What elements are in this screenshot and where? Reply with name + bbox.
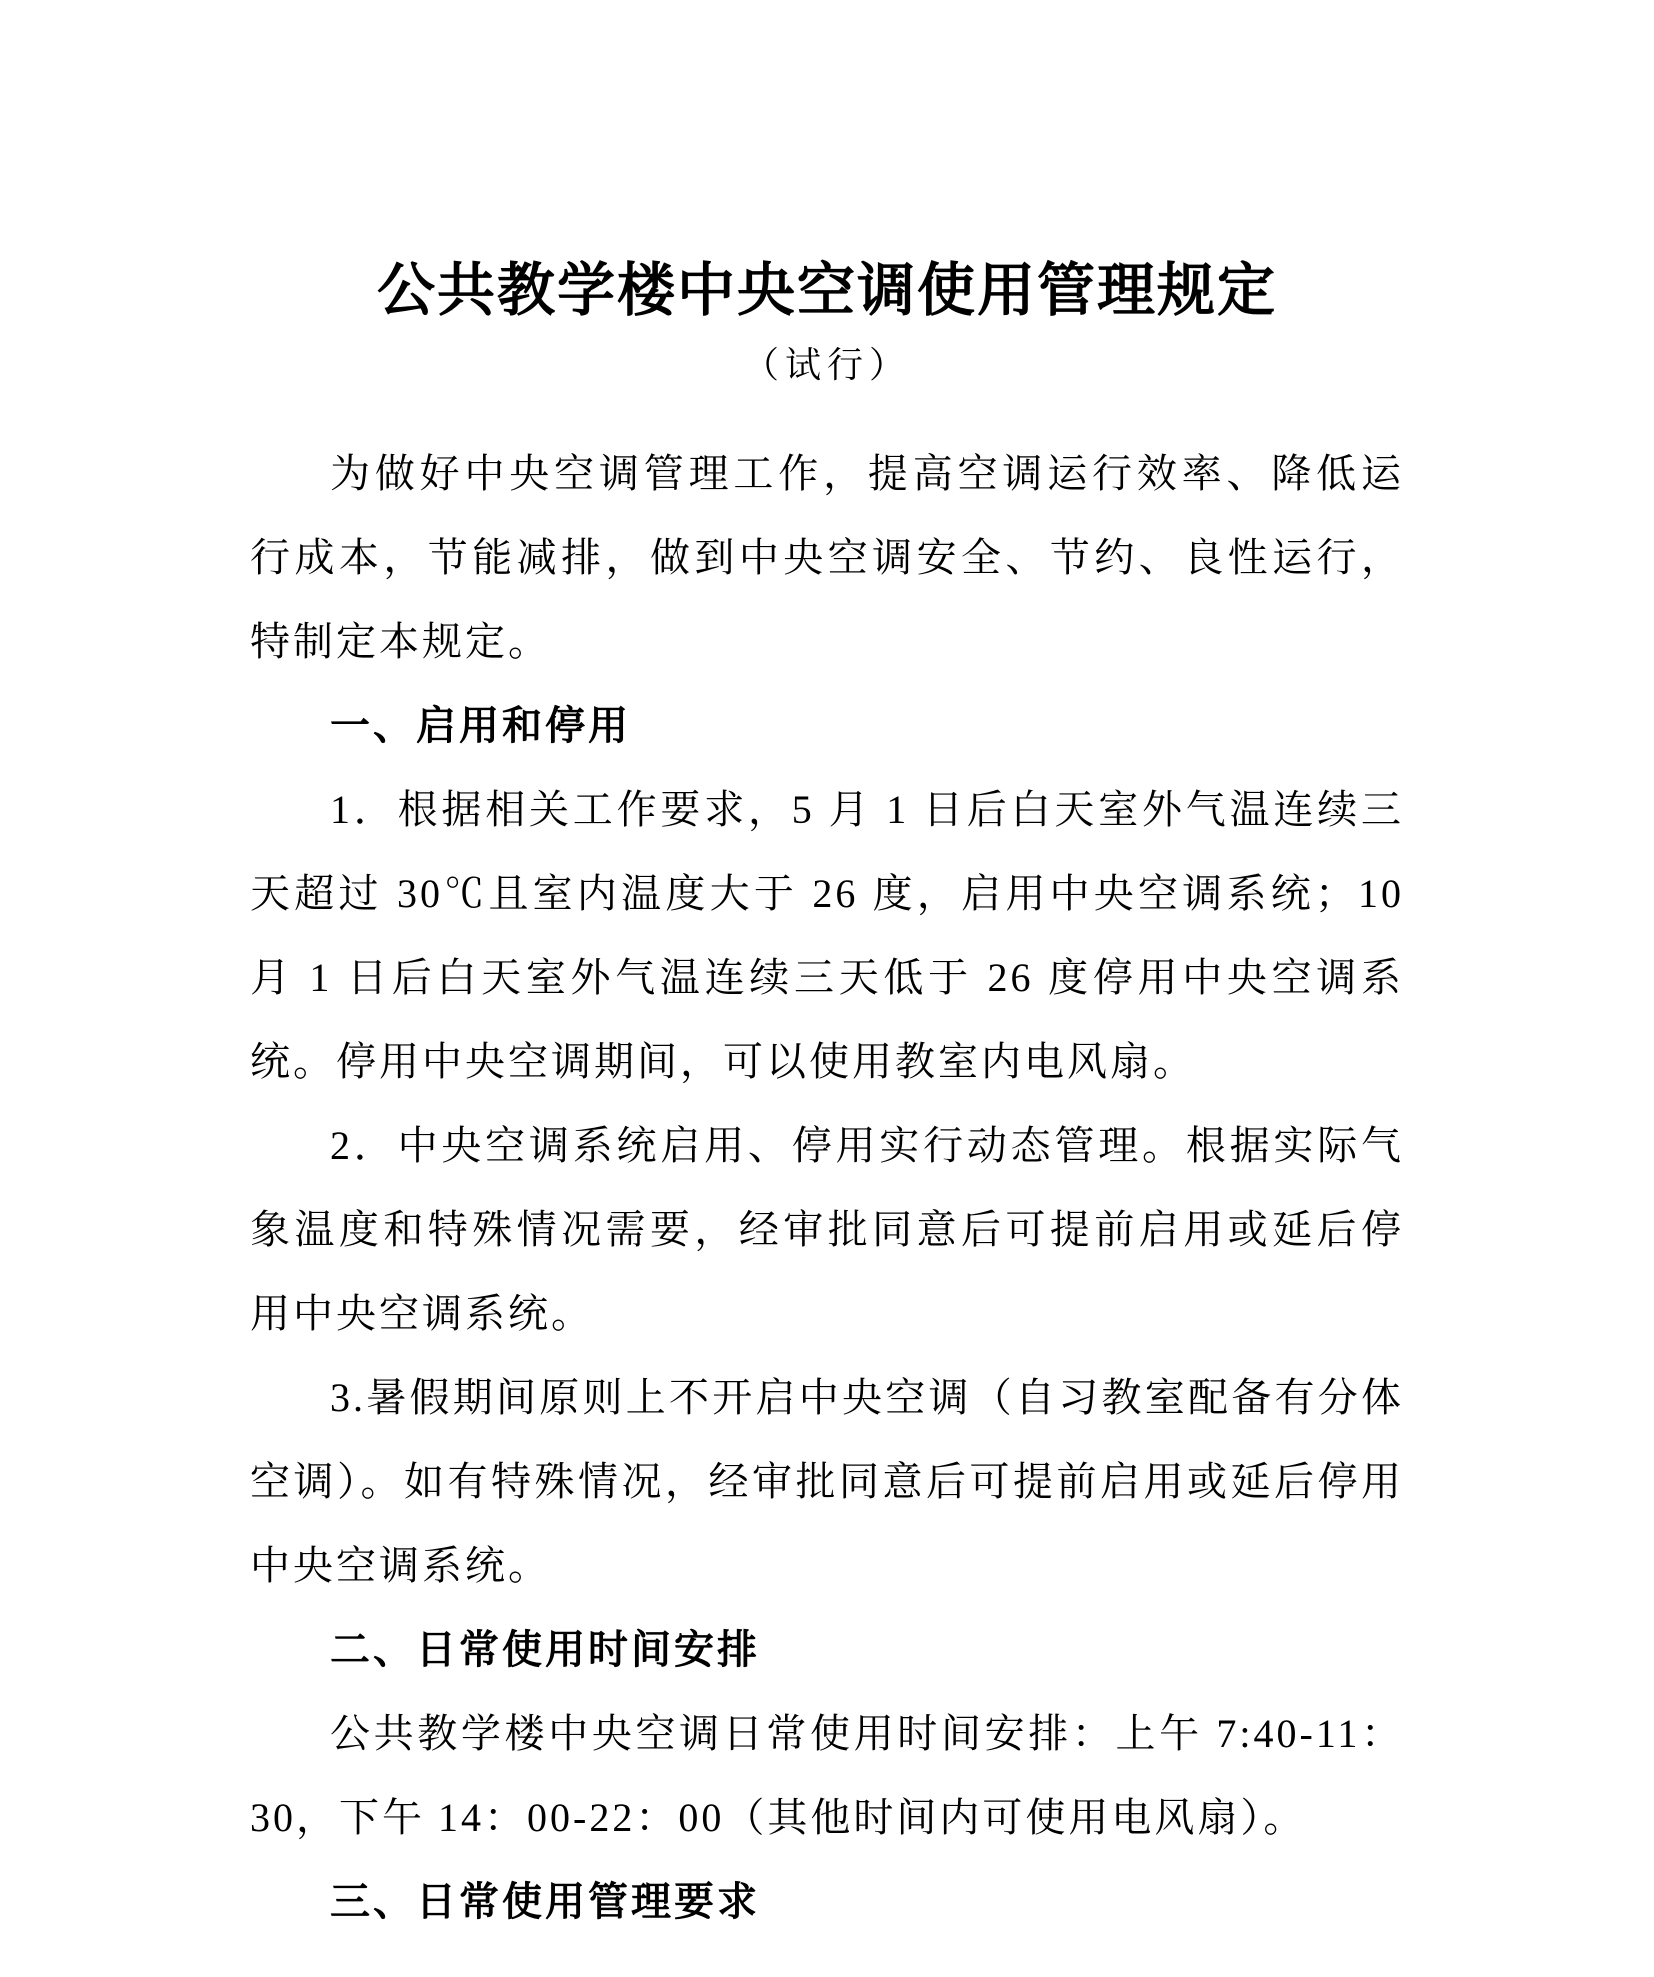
document-title: 公共教学楼中央空调使用管理规定 (0, 251, 1654, 331)
section-1-paragraph-1: 1．根据相关工作要求，5 月 1 日后白天室外气温连续三天超过 30℃且室内温度… (250, 768, 1404, 1104)
document-body: 为做好中央空调管理工作，提高空调运行效率、降低运行成本，节能减排，做到中央空调安… (250, 432, 1404, 1944)
section-heading-enable-disable: 一、启用和停用 (250, 684, 1404, 768)
intro-paragraph: 为做好中央空调管理工作，提高空调运行效率、降低运行成本，节能减排，做到中央空调安… (250, 432, 1404, 684)
section-1-paragraph-2: 2．中央空调系统启用、停用实行动态管理。根据实际气象温度和特殊情况需要，经审批同… (250, 1104, 1404, 1356)
document-subtitle: （试行） (0, 340, 1654, 390)
document-page: 公共教学楼中央空调使用管理规定 （试行） 为做好中央空调管理工作，提高空调运行效… (0, 0, 1654, 1977)
section-2-paragraph-1: 公共教学楼中央空调日常使用时间安排：上午 7:40-11：30，下午 14：00… (250, 1692, 1404, 1860)
section-1-paragraph-3: 3.暑假期间原则上不开启中央空调（自习教室配备有分体空调）。如有特殊情况，经审批… (250, 1356, 1404, 1608)
section-heading-daily-management: 三、日常使用管理要求 (250, 1860, 1404, 1944)
section-heading-daily-schedule: 二、日常使用时间安排 (250, 1608, 1404, 1692)
